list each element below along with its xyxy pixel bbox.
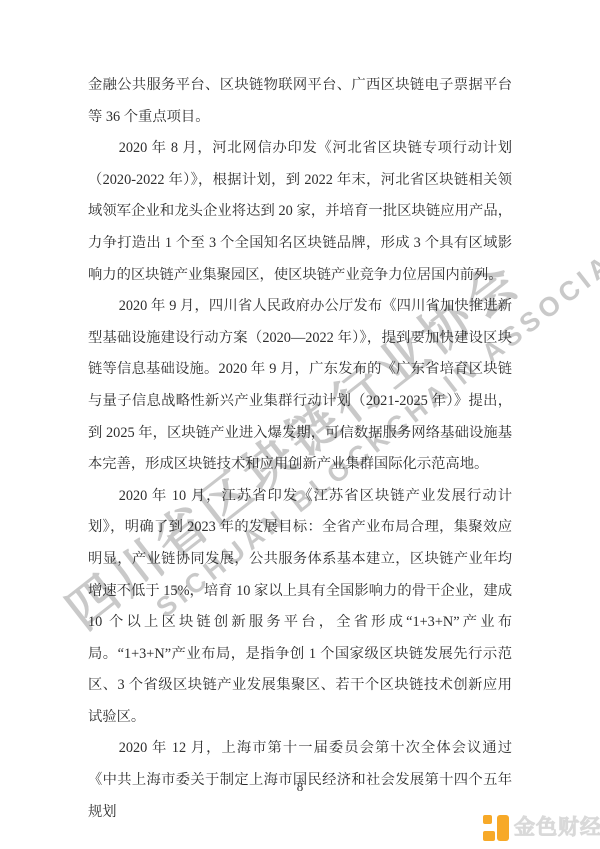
paragraph: 金融公共服务平台、区块链物联网平台、广西区块链电子票据平台等 36 个重点项目。 <box>88 70 512 133</box>
paragraph: 2020 年 9 月，四川省人民政府办公厅发布《四川省加快推进新型基础设施建设行… <box>88 291 512 481</box>
paragraph: 2020 年 10 月，江苏省印发《江苏省区块链产业发展行动计划》，明确了到 2… <box>88 481 512 734</box>
page-number: 8 <box>0 779 600 795</box>
footer-logo-text: 金色财经 <box>514 815 600 841</box>
footer-logo: 金色财经 <box>483 815 600 841</box>
jinse-finance-logo-icon <box>483 815 509 841</box>
paragraph: 2020 年 8 月，河北网信办印发《河北省区块链专项行动计划（2020-202… <box>88 133 512 291</box>
document-body: 金融公共服务平台、区块链物联网平台、广西区块链电子票据平台等 36 个重点项目。… <box>88 70 512 828</box>
document-page: 四川省区块链行业协会 SICHUAN BLOCKCHAIN ASSOCIATIO… <box>0 0 600 849</box>
